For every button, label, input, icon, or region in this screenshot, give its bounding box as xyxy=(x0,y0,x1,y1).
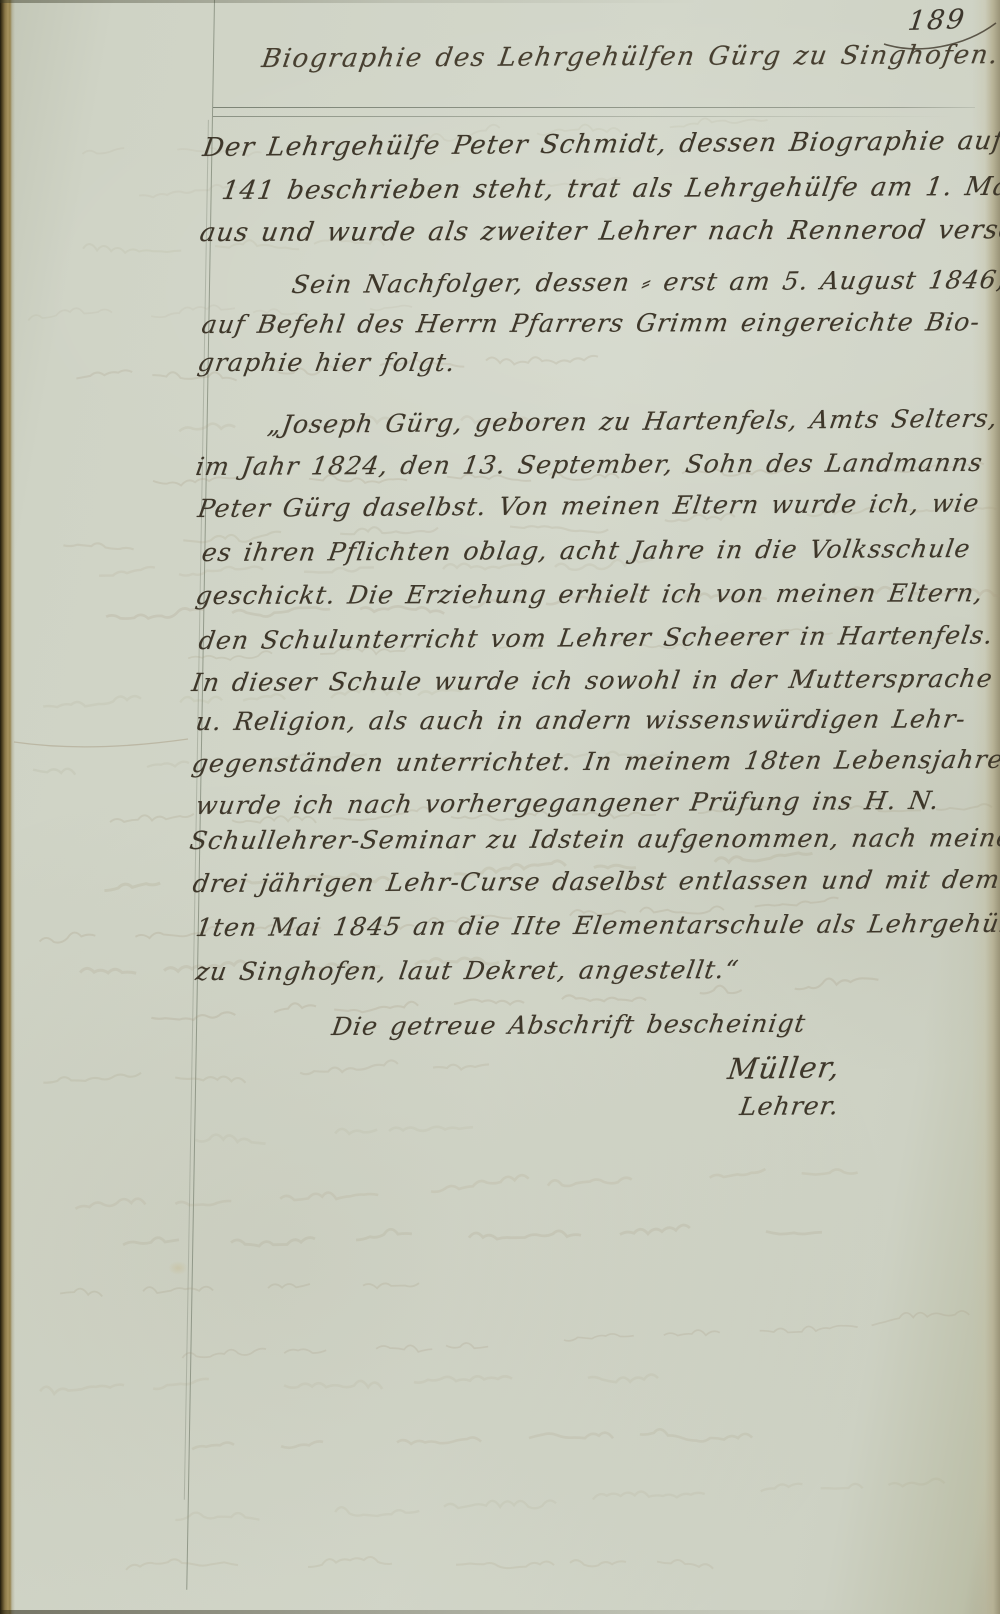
manuscript-line: auf Befehl des Herrn Pfarrers Grimm eing… xyxy=(200,307,983,339)
manuscript-line: geschickt. Die Erziehung erhielt ich von… xyxy=(194,578,986,610)
manuscript-line: den Schulunterricht vom Lehrer Scheerer … xyxy=(197,620,996,655)
page-number-flourish xyxy=(878,8,1000,54)
manuscript-line: aus und wurde als zweiter Lehrer nach Re… xyxy=(198,215,1000,248)
signature-name: Müller, xyxy=(726,1050,843,1086)
paper-crease xyxy=(0,0,260,780)
manuscript-line: In dieser Schule wurde ich sowohl in der… xyxy=(190,664,995,697)
manuscript-page: 189 Biographie des Lehrgehülfen Gürg zu … xyxy=(0,0,1000,1614)
manuscript-line: drei jährigen Lehr-Curse daselbst entlas… xyxy=(191,865,1000,898)
manuscript-line: Peter Gürg daselbst. Von meinen Eltern w… xyxy=(196,489,982,523)
manuscript-line: 1ten Mai 1845 an die IIte Elementarschul… xyxy=(194,909,1000,942)
attestation-line: Die getreue Abschrift bescheinigt xyxy=(330,1009,808,1041)
manuscript-line: zu Singhofen, laut Dekret, angestellt.“ xyxy=(194,955,741,986)
manuscript-line: 141 beschrieben steht, trat als Lehrgehü… xyxy=(220,171,1000,206)
manuscript-line: Schullehrer-Seminar zu Idstein aufgenomm… xyxy=(188,823,1000,855)
manuscript-line: es ihren Pflichten oblag, acht Jahre in … xyxy=(200,534,973,567)
manuscript-line: wurde ich nach vorhergegangener Prüfung … xyxy=(194,786,942,820)
manuscript-line: Sein Nachfolger, dessen ⸗ erst am 5. Aug… xyxy=(290,265,1000,300)
signature-role: Lehrer. xyxy=(738,1091,842,1121)
manuscript-line: gegenständen unterrichtet. In meinem 18t… xyxy=(190,745,1000,778)
manuscript-line: im Jahr 1824, den 13. September, Sohn de… xyxy=(194,448,985,481)
manuscript-line: u. Religion, als auch in andern wissensw… xyxy=(194,704,968,736)
